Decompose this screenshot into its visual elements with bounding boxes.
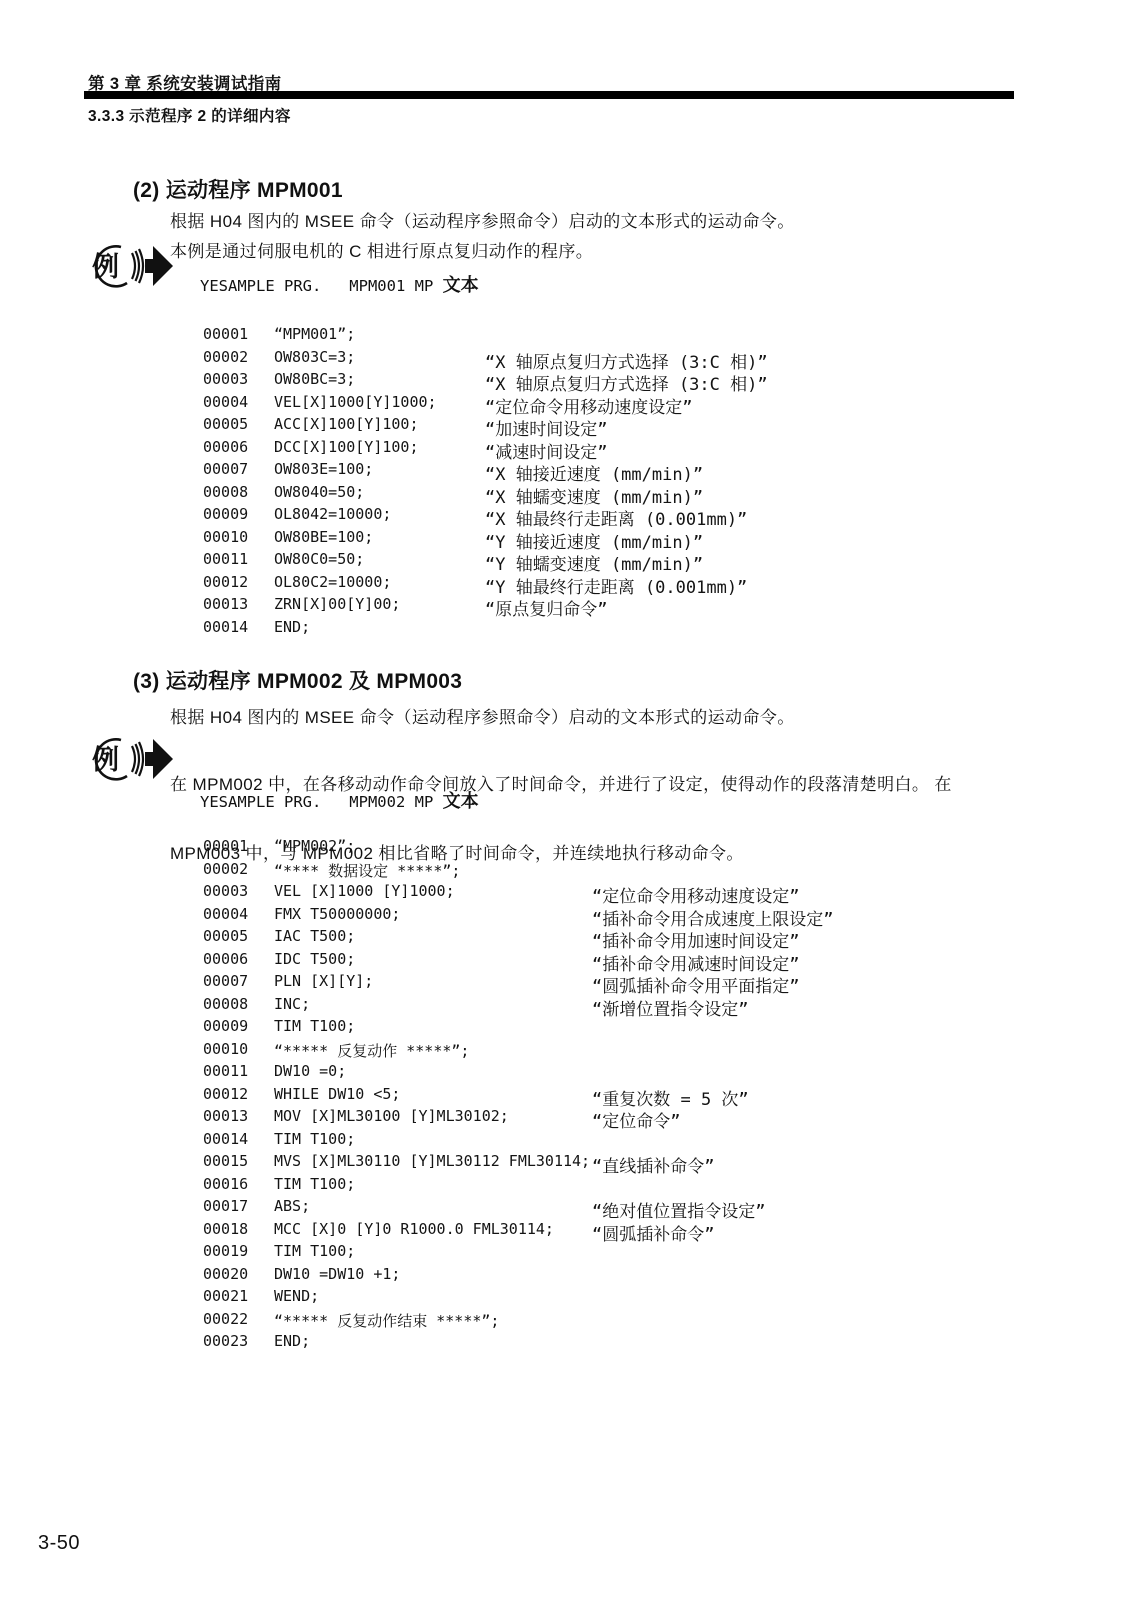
line-number: 00019 [203,1242,248,1260]
code-line: 00006IDC T500;“插补命令用减速时间设定” [203,950,1103,973]
line-number: 00020 [203,1265,248,1283]
code-text: “MPM002”; [274,837,355,855]
header-rule [84,91,1014,99]
code-text: “***** 反复动作 *****”; [274,1040,469,1061]
line-number: 00001 [203,837,248,855]
code-line: 00004FMX T50000000;“插补命令用合成速度上限设定” [203,905,1103,928]
code-line: 00003VEL [X]1000 [Y]1000;“定位命令用移动速度设定” [203,882,1103,905]
example-icon-label: 例 [92,745,119,775]
line-number: 00008 [203,483,248,501]
code-line: 00012WHILE DW10 <5;“重复次数 = 5 次” [203,1085,1103,1108]
line-number: 00015 [203,1152,248,1170]
code-line: 00017ABS;“绝对值位置指令设定” [203,1197,1103,1220]
code-line: 00010OW80BE=100;“Y 轴接近速度 (mm/min)” [203,528,1103,551]
line-number: 00012 [203,1085,248,1103]
line-number: 00013 [203,1107,248,1125]
code-line: 00014TIM T100; [203,1130,1103,1153]
code-line: 00013MOV [X]ML30100 [Y]ML30102;“定位命令” [203,1107,1103,1130]
line-number: 00004 [203,905,248,923]
code-text: TIM T100; [274,1130,355,1148]
code-text: OW803C=3; [274,348,355,366]
code-comment: “X 轴最终行走距离 (0.001mm)” [485,505,747,530]
code-text: TIM T100; [274,1242,355,1260]
line-number: 00003 [203,370,248,388]
code-comment: “圆弧插补命令” [592,1220,714,1245]
code-line: 00011DW10 =0; [203,1062,1103,1085]
code-text: PLN [X][Y]; [274,972,373,990]
code-text: DW10 =DW10 +1; [274,1265,400,1283]
section-2-intro-line-2: 本例是通过伺服电机的 C 相进行原点复归动作的程序。 [170,237,593,262]
code-line: 00002OW803C=3;“X 轴原点复归方式选择 (3:C 相)” [203,348,1103,371]
code-line: 00011OW80C0=50;“Y 轴蠕变速度 (mm/min)” [203,550,1103,573]
code-line: 00013ZRN[X]00[Y]00;“原点复归命令” [203,595,1103,618]
code-text: ABS; [274,1197,310,1215]
code-text: OL8042=10000; [274,505,391,523]
code-listing-mpm001: 00001“MPM001”;00002OW803C=3;“X 轴原点复归方式选择… [203,325,1103,640]
code-line: 00001“MPM002”; [203,837,1103,860]
line-number: 00006 [203,950,248,968]
code-line: 00023END; [203,1332,1103,1355]
section-3-intro-line-1: 根据 H04 图内的 MSEE 命令（运动程序参照命令）启动的文本形式的运动命令… [170,703,795,728]
code-line: 00005IAC T500;“插补命令用加速时间设定” [203,927,1103,950]
section-2-title: (2) 运动程序 MPM001 [133,174,343,204]
code-text: INC; [274,995,310,1013]
code-text: OL80C2=10000; [274,573,391,591]
code-comment: “插补命令用减速时间设定” [592,950,799,975]
code-line: 00014END; [203,618,1103,641]
example-callout-icon: 例 [88,240,174,292]
line-number: 00017 [203,1197,248,1215]
line-number: 00013 [203,595,248,613]
code-comment: “X 轴接近速度 (mm/min)” [485,460,703,485]
example-icon-graphic: 例 [88,733,174,785]
code-line: 00001“MPM001”; [203,325,1103,348]
code-line: 00008OW8040=50;“X 轴蠕变速度 (mm/min)” [203,483,1103,506]
code-comment: “圆弧插补命令用平面指定” [592,972,799,997]
line-number: 00002 [203,860,248,878]
code-line: 00004VEL[X]1000[Y]1000;“定位命令用移动速度设定” [203,393,1103,416]
line-number: 00004 [203,393,248,411]
code-line: 00019TIM T100; [203,1242,1103,1265]
code-comment: “X 轴原点复归方式选择 (3:C 相)” [485,370,768,395]
line-number: 00022 [203,1310,248,1328]
line-number: 00005 [203,927,248,945]
code-comment: “插补命令用合成速度上限设定” [592,905,833,930]
code-text: DW10 =0; [274,1062,346,1080]
code-comment: “绝对值位置指令设定” [592,1197,765,1222]
listing-2-header-latin: YESAMPLE PRG. MPM002 MP [200,793,443,811]
code-line: 00006DCC[X]100[Y]100;“减速时间设定” [203,438,1103,461]
code-line: 00021WEND; [203,1287,1103,1310]
line-number: 00016 [203,1175,248,1193]
line-number: 00005 [203,415,248,433]
code-text: END; [274,618,310,636]
code-line: 00015MVS [X]ML30110 [Y]ML30112 FML30114;… [203,1152,1103,1175]
line-number: 00003 [203,882,248,900]
code-text: VEL[X]1000[Y]1000; [274,393,437,411]
code-text: “***** 反复动作结束 *****”; [274,1310,499,1331]
line-number: 00009 [203,1017,248,1035]
code-comment: “渐增位置指令设定” [592,995,748,1020]
code-comment: “X 轴原点复归方式选择 (3:C 相)” [485,348,768,373]
code-text: ACC[X]100[Y]100; [274,415,419,433]
code-comment: “原点复归命令” [485,595,607,620]
line-number: 00012 [203,573,248,591]
code-text: IDC T500; [274,950,355,968]
code-text: MCC [X]0 [Y]0 R1000.0 FML30114; [274,1220,554,1238]
code-comment: “Y 轴接近速度 (mm/min)” [485,528,703,553]
code-line: 00009OL8042=10000;“X 轴最终行走距离 (0.001mm)” [203,505,1103,528]
code-line: 00020DW10 =DW10 +1; [203,1265,1103,1288]
code-comment: “Y 轴最终行走距离 (0.001mm)” [485,573,747,598]
listing-1-header-cjk: 文本 [443,275,479,295]
code-text: TIM T100; [274,1017,355,1035]
code-text: MVS [X]ML30110 [Y]ML30112 FML30114; [274,1152,590,1170]
code-comment: “重复次数 = 5 次” [592,1085,749,1110]
code-text: OW80BC=3; [274,370,355,388]
sound-wave-icon [132,253,135,279]
line-number: 00008 [203,995,248,1013]
code-comment: “加速时间设定” [485,415,607,440]
code-line: 00007OW803E=100;“X 轴接近速度 (mm/min)” [203,460,1103,483]
code-comment: “直线插补命令” [592,1152,714,1177]
code-line: 00005ACC[X]100[Y]100;“加速时间设定” [203,415,1103,438]
listing-2-header-cjk: 文本 [443,791,479,811]
line-number: 00014 [203,618,248,636]
code-text: FMX T50000000; [274,905,400,923]
code-listing-mpm002: 00001“MPM002”;00002“**** 数据设定 *****”;000… [203,837,1103,1355]
sound-wave-icon [132,746,135,772]
code-text: MOV [X]ML30100 [Y]ML30102; [274,1107,509,1125]
arrow-right-icon [145,246,173,286]
code-comment: “Y 轴蠕变速度 (mm/min)” [485,550,703,575]
code-text: OW8040=50; [274,483,364,501]
listing-1-header-latin: YESAMPLE PRG. MPM001 MP [200,277,443,295]
code-comment: “定位命令” [592,1107,680,1132]
arrow-right-icon [145,739,173,779]
code-text: “**** 数据设定 *****”; [274,860,460,881]
line-number: 00006 [203,438,248,456]
line-number: 00011 [203,1062,248,1080]
listing-2-header: YESAMPLE PRG. MPM002 MP 文本 [200,787,479,813]
code-text: IAC T500; [274,927,355,945]
code-comment: “插补命令用加速时间设定” [592,927,799,952]
listing-1-header: YESAMPLE PRG. MPM001 MP 文本 [200,271,479,297]
code-line: 00002“**** 数据设定 *****”; [203,860,1103,883]
code-text: WEND; [274,1287,319,1305]
line-number: 00011 [203,550,248,568]
subsection-header: 3.3.3 示范程序 2 的详细内容 [88,104,291,126]
code-text: ZRN[X]00[Y]00; [274,595,400,613]
section-2-intro-line-1: 根据 H04 图内的 MSEE 命令（运动程序参照命令）启动的文本形式的运动命令… [170,207,795,232]
code-comment: “定位命令用移动速度设定” [592,882,799,907]
page-number: 3-50 [38,1532,80,1555]
line-number: 00009 [203,505,248,523]
code-line: 00016TIM T100; [203,1175,1103,1198]
code-text: OW803E=100; [274,460,373,478]
code-text: “MPM001”; [274,325,355,343]
line-number: 00010 [203,1040,248,1058]
line-number: 00018 [203,1220,248,1238]
code-line: 00010“***** 反复动作 *****”; [203,1040,1103,1063]
code-line: 00003OW80BC=3;“X 轴原点复归方式选择 (3:C 相)” [203,370,1103,393]
code-comment: “减速时间设定” [485,438,607,463]
line-number: 00002 [203,348,248,366]
line-number: 00007 [203,972,248,990]
code-text: OW80C0=50; [274,550,364,568]
code-text: OW80BE=100; [274,528,373,546]
code-text: TIM T100; [274,1175,355,1193]
code-text: VEL [X]1000 [Y]1000; [274,882,455,900]
line-number: 00010 [203,528,248,546]
line-number: 00021 [203,1287,248,1305]
code-comment: “X 轴蠕变速度 (mm/min)” [485,483,703,508]
code-line: 00012OL80C2=10000;“Y 轴最终行走距离 (0.001mm)” [203,573,1103,596]
line-number: 00001 [203,325,248,343]
code-text: DCC[X]100[Y]100; [274,438,419,456]
section-3-title: (3) 运动程序 MPM002 及 MPM003 [133,665,462,695]
code-line: 00009TIM T100; [203,1017,1103,1040]
code-line: 00008INC;“渐增位置指令设定” [203,995,1103,1018]
code-comment: “定位命令用移动速度设定” [485,393,692,418]
example-icon-graphic: 例 [88,240,174,292]
example-callout-icon: 例 [88,733,174,785]
line-number: 00023 [203,1332,248,1350]
example-icon-label: 例 [92,252,119,282]
code-line: 00007PLN [X][Y];“圆弧插补命令用平面指定” [203,972,1103,995]
line-number: 00014 [203,1130,248,1148]
code-line: 00018MCC [X]0 [Y]0 R1000.0 FML30114;“圆弧插… [203,1220,1103,1243]
code-line: 00022“***** 反复动作结束 *****”; [203,1310,1103,1333]
code-text: WHILE DW10 <5; [274,1085,400,1103]
code-text: END; [274,1332,310,1350]
line-number: 00007 [203,460,248,478]
